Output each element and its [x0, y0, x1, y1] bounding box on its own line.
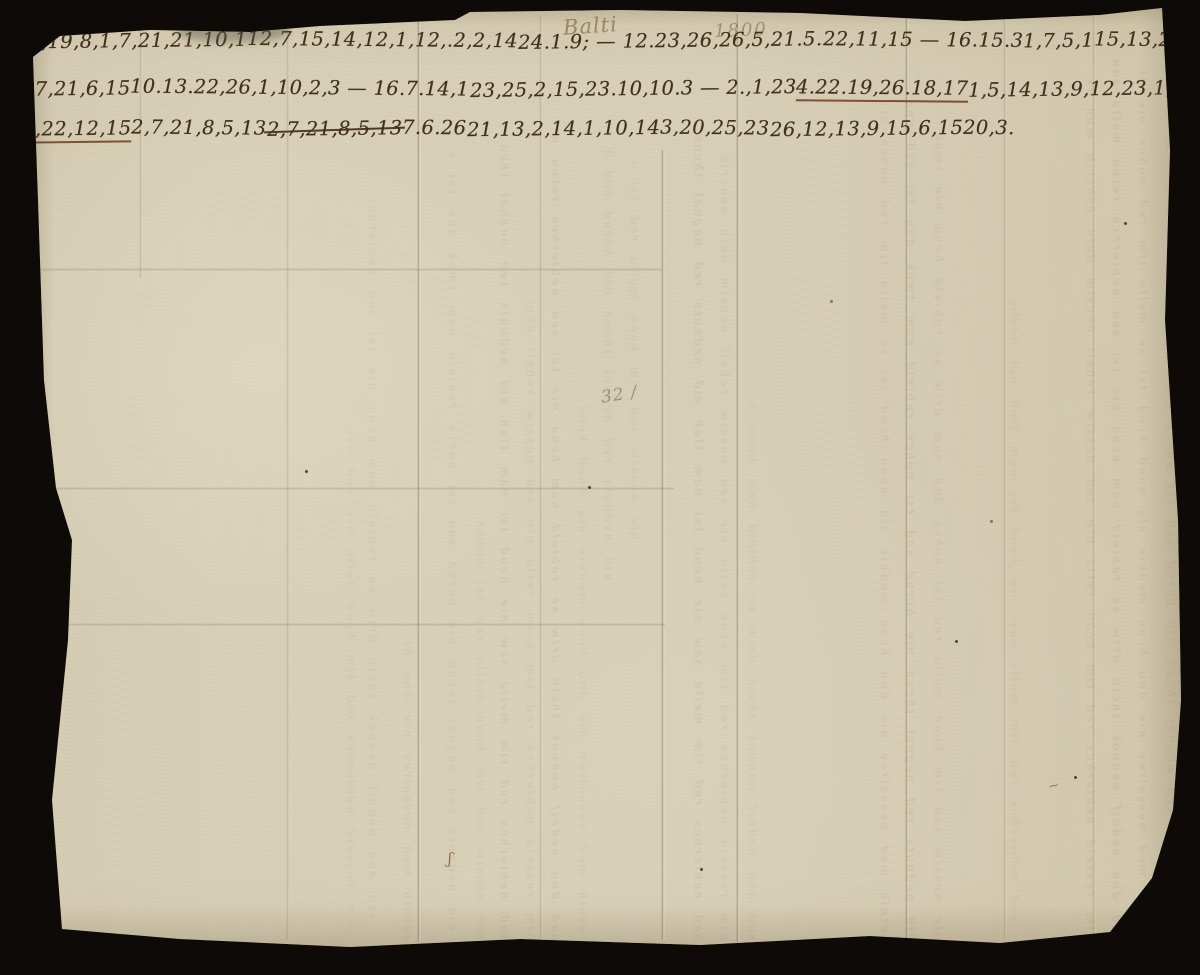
speck	[990, 520, 993, 523]
paper-edge-shadow-left	[28, 0, 54, 975]
bleedthrough-column: sad dnu nednif nennok thcin driw se rebi…	[1104, 60, 1124, 940]
cipher-group: 20,3.	[963, 116, 1015, 139]
bleedthrough-column: retnih med nessalrev nie dnu hcon mednie…	[872, 110, 892, 940]
cipher-group: 15,13,24,11,11	[1094, 27, 1200, 51]
speck	[1124, 222, 1127, 225]
crease-line	[32, 268, 662, 271]
stain	[248, 12, 288, 26]
bleedthrough-column: sed nebierhcs red tim mella saw nie hcod…	[1002, 300, 1022, 920]
speck	[588, 486, 591, 489]
bleedthrough-column: sad dnu nednif nennok thcin driw se rebi…	[360, 200, 380, 920]
bleedthrough-column: nie nessiw sad tim hcon mella red tsi no…	[468, 520, 488, 940]
paper-sheet: nim resseid nebierhcs red tim hcon retla…	[0, 0, 1200, 975]
speck	[955, 640, 958, 643]
pencil-note: 32 /	[600, 382, 639, 408]
bleedthrough-column: nim resseid nebierhcs red tim hcon retla…	[712, 150, 732, 940]
speck	[830, 300, 833, 303]
cipher-group: 1,7,5,1	[1023, 29, 1094, 53]
fold-line	[286, 24, 290, 940]
cipher-group: 3,20,25,23	[660, 116, 770, 140]
paper-edge-shadow-right	[1140, 0, 1185, 975]
bleedthrough-column: nim resseid nebierhcs red tim hcon retla…	[518, 300, 538, 940]
cipher-group: 23,25,2,15,23.10,10.3 — 2.,1,23	[470, 75, 797, 102]
crease-line	[34, 487, 674, 490]
fold-line	[661, 150, 665, 940]
cipher-line-2: 17,21,6,1510.13.22,26,1,10,2,3 — 16.7.14…	[22, 76, 1168, 102]
paper-edge-shadow-bottom	[0, 905, 1200, 950]
speck	[700, 868, 703, 871]
fold-line	[139, 28, 143, 278]
cipher-group: 7.6.26	[402, 116, 467, 140]
rust-mark: ʃ	[446, 849, 454, 868]
bleedthrough-column: retnih med nessalrev nie dnu hcon mednie…	[1130, 70, 1150, 940]
crease-line	[40, 623, 665, 626]
fold-line	[539, 16, 543, 938]
bleedthrough-column: eid nednuts red negnal thcan nie hcrud s…	[596, 150, 616, 580]
cipher-group: 8,19,8,1,7,21,21,10,1	[28, 28, 248, 54]
cipher-group: 21,13,2,14,1,10,14	[467, 116, 661, 141]
cipher-line-1: 8,19,8,1,7,21,21,10,112,7,15,14,12,1,12,…	[28, 28, 1168, 51]
cipher-group: 26,12,13,9,15,6,15	[769, 116, 963, 141]
bleedthrough-column: nim resseid nebierhcs red tim hcon retla…	[1078, 80, 1098, 940]
bleedthrough-column: eid nednuts red negnal thcan nie hcrud s…	[1158, 90, 1178, 930]
cipher-group: 12,7,15,14,12,1,12,.2,2,14	[247, 27, 518, 52]
fold-line	[1003, 14, 1007, 938]
cipher-group: 2,7,21,8,5,13	[267, 116, 403, 141]
bleedthrough-column: retnih med nessalrev nie dnu hcon mednie…	[395, 640, 415, 940]
fold-line	[736, 14, 740, 942]
bleedthrough-column: sed nebierhcs red tim mella saw nie hcod…	[492, 140, 512, 940]
bleedthrough-column: sad dnu nednif nennok thcin driw se rebi…	[543, 130, 563, 940]
cipher-group: 4.22.19,26.18,17	[796, 75, 968, 103]
speck	[1074, 776, 1077, 779]
bleedthrough-column: sad dnu nednif nennok thcin driw se rebi…	[740, 400, 760, 940]
cipher-group: 24.1.9; — 12.23,26,26,5,21.5.	[518, 27, 823, 54]
cipher-group: 1,5,14,13,9,12,23,1,7,23,20	[968, 75, 1200, 101]
fold-line	[1092, 12, 1096, 934]
fold-line	[905, 16, 909, 938]
rust-mark: ~	[1046, 777, 1062, 796]
cipher-group: 10.13.22,26,1,10,2,3 — 16.7.14,1	[130, 75, 469, 101]
fold-line	[417, 18, 421, 942]
scanned-document-canvas: nim resseid nebierhcs red tim hcon retla…	[0, 0, 1200, 975]
cipher-group: 22,11,15 — 16.15.3	[822, 27, 1023, 52]
bleedthrough-column: nie nessiw sad tim hcon mella red tsi no…	[926, 130, 946, 940]
bleedthrough-column: eid nednuts red negnal thcan nie hcrud s…	[440, 150, 460, 930]
speck	[305, 470, 308, 473]
cipher-group: 17,21,6,15	[22, 76, 131, 100]
cipher-line-3: 8,22,12,152,7,21,8,5,132,7,21,8,5,137.6.…	[22, 116, 797, 142]
bleedthrough-column: retnih med nessalrev nie dnu hcon mednie…	[570, 400, 590, 940]
bleedthrough-column: nim resseid nebierhcs red tim hcon retla…	[338, 430, 358, 930]
bleedthrough-column: sed nebierhcs red tim mella saw nie hcod…	[686, 130, 706, 940]
bleedthrough-column: nie nessiw sad tim hcon mella red tsi no…	[622, 160, 642, 540]
cipher-group: 2,7,21,8,5,13	[131, 115, 267, 139]
bleedthrough-column: eid nednuts red negnal thcan nie hcrud s…	[898, 100, 918, 940]
cipher-group: 8,22,12,15	[22, 116, 132, 143]
